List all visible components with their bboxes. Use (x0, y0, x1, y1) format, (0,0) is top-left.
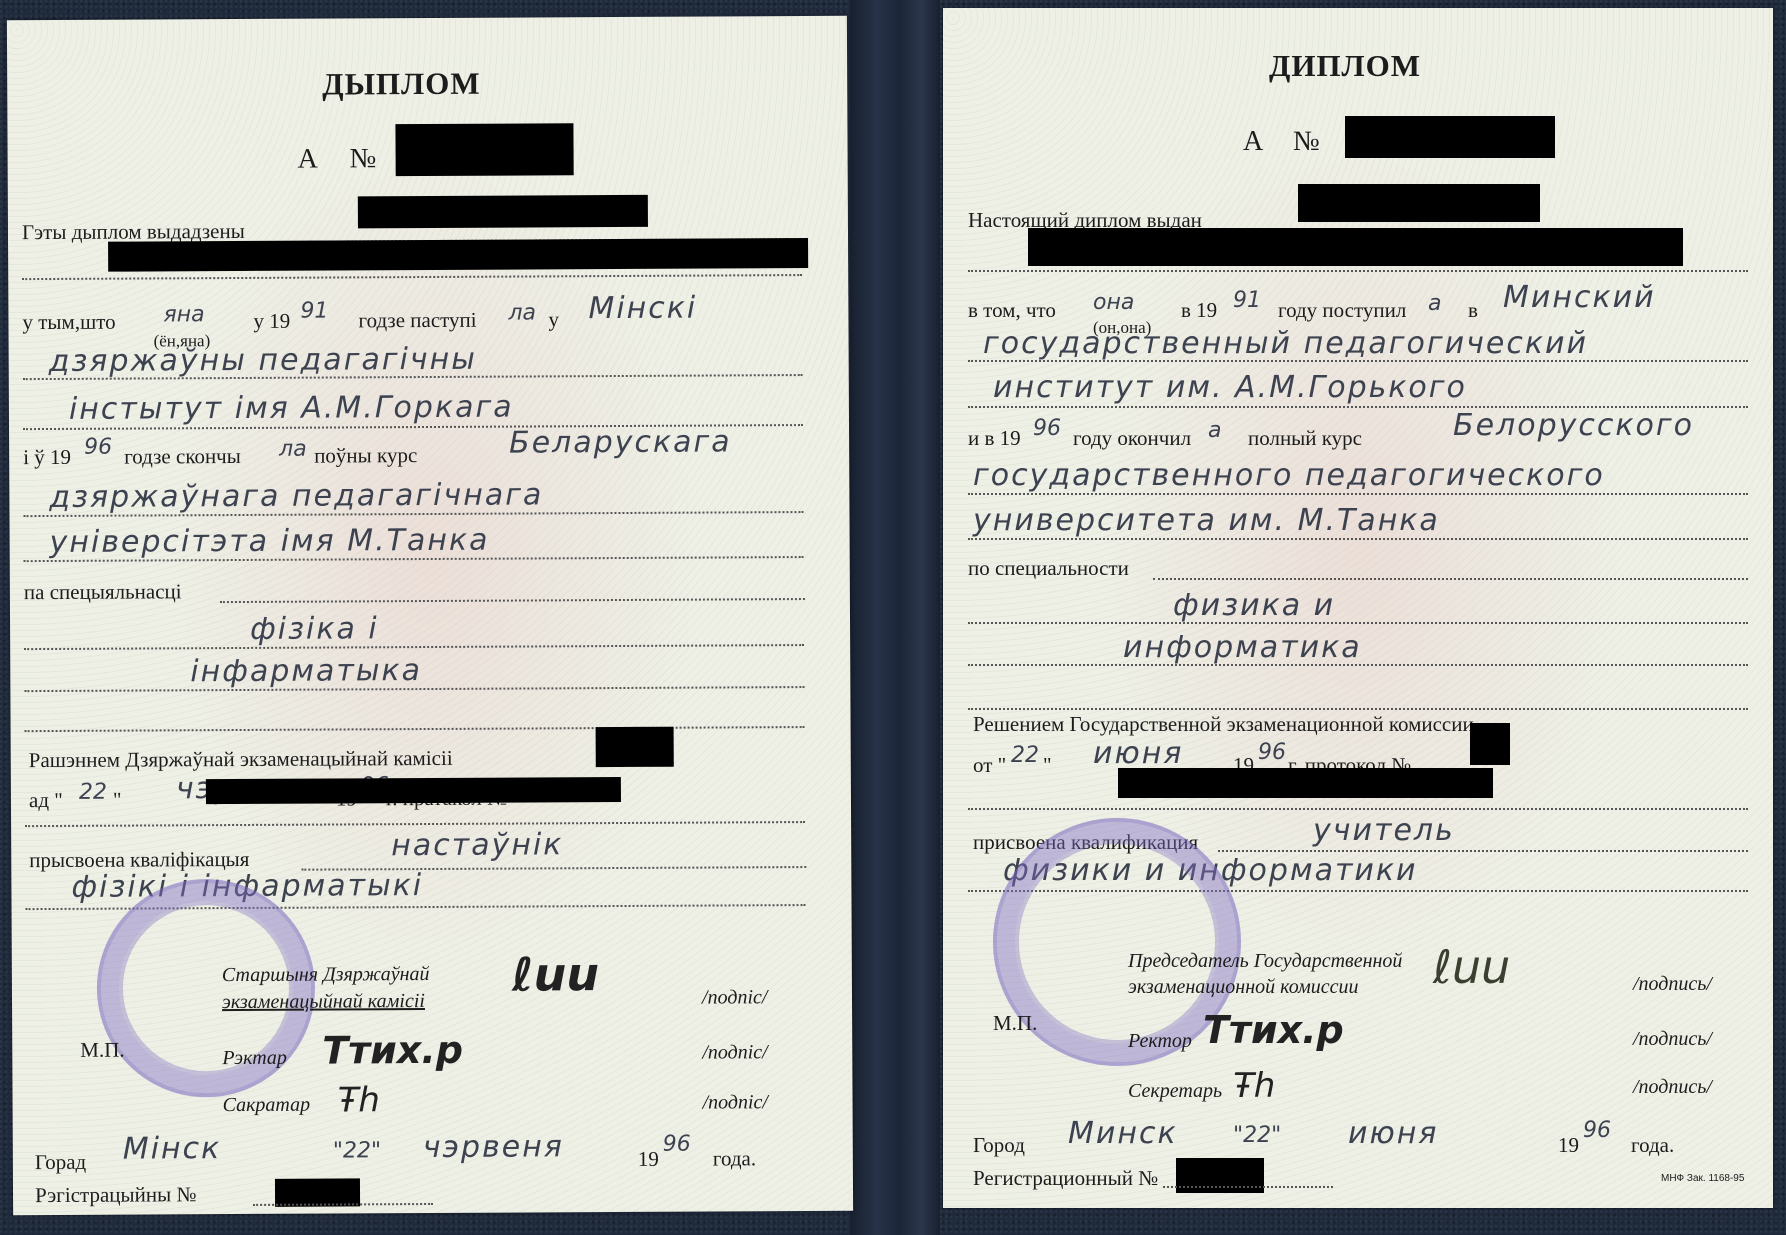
diploma-page-belarusian: ДЫПЛОМ А № Гэты дыплом выдадзены у тым,ш… (7, 16, 853, 1215)
date-prefix: от " (973, 753, 1006, 778)
specialty-label: по специальности (968, 556, 1129, 581)
number-sign: № (350, 143, 377, 175)
series-letter: А (1243, 126, 1263, 158)
city-month: июня (1348, 1116, 1438, 1151)
chair-label-1: Старшыня Дзяржаўнай (222, 963, 430, 987)
redacted-holder-surname (108, 238, 808, 272)
secretary-signature: Ŧh (337, 1080, 380, 1120)
city-year-suffix: года. (1631, 1133, 1674, 1158)
secretary-label: Секретарь (1128, 1080, 1222, 1103)
university-line-1: Белорусского (1453, 408, 1694, 443)
institution-city-handwritten: Мінскі (588, 291, 697, 327)
redacted-commission-detail (206, 777, 621, 804)
chair-label-2: экзаменационной комиссии (1128, 976, 1358, 999)
institution-line-3: інстытут імя А.М.Горкага (69, 390, 514, 427)
university-line-3: университета им. М.Танка (973, 503, 1440, 538)
date-close-quote: " (1043, 753, 1052, 778)
date-prefix: ад " (29, 788, 63, 813)
city-month: чэрвеня (423, 1129, 564, 1165)
graduated-verb: году окончил (1073, 426, 1191, 451)
commission-day: 22 (1011, 743, 1039, 768)
redacted-holder-surname (1028, 228, 1683, 266)
city-year: 96 (663, 1132, 691, 1157)
chair-sign-hint: /подпіс/ (702, 986, 768, 1009)
commission-day: 22 (79, 780, 107, 805)
institution-line-3: институт им. А.М.Горького (993, 370, 1467, 405)
commission-year: 96 (1258, 740, 1286, 765)
redacted-protocol-number (596, 727, 674, 767)
city-year-prefix: 19 (638, 1147, 659, 1172)
seal-place-mark: М.П. (80, 1038, 124, 1063)
university-line-3: універсітэта імя М.Танка (50, 523, 490, 560)
series-letter: А (298, 144, 318, 176)
university-line-2: государственного педагогического (973, 458, 1605, 493)
enrolled-verb: годзе паступі (358, 308, 476, 334)
chair-label-2: экзаменацыйнай камісіі (222, 990, 425, 1014)
redacted-commission-detail (1118, 768, 1493, 798)
rector-sign-hint: /подпіс/ (702, 1041, 768, 1064)
city-year: 96 (1583, 1118, 1611, 1143)
course-label: полный курс (1248, 426, 1362, 451)
specialty-line-1: физика и (1173, 588, 1335, 623)
redacted-holder-name (358, 195, 648, 229)
specialty-line-2: інфарматыка (190, 653, 422, 689)
secretary-sign-hint: /подпіс/ (702, 1091, 768, 1114)
city-label: Город (973, 1133, 1025, 1158)
secretary-signature: Ŧh (1233, 1066, 1275, 1106)
rector-signature: Ттих.р (322, 1028, 463, 1073)
enrolled-year: 91 (300, 299, 328, 324)
rector-signature: Ттих.р (1203, 1008, 1344, 1052)
city-year-suffix: года. (713, 1146, 756, 1171)
city-day: "22" (333, 1138, 381, 1163)
registration-label: Рэгістрацыйны № (35, 1182, 197, 1208)
enrolled-year: 91 (1233, 288, 1261, 313)
graduated-suffix: а (1208, 418, 1221, 443)
enrolled-in: в (1468, 298, 1478, 323)
graduated-suffix: ла (279, 437, 307, 462)
qualification-line-1: учитель (1313, 813, 1455, 848)
page-title: ДЫПЛОМ (322, 66, 481, 103)
seal-place-mark: М.П. (993, 1011, 1037, 1036)
institution-line-2: государственный педагогический (983, 326, 1588, 361)
chair-sign-hint: /подпись/ (1633, 973, 1712, 996)
redacted-holder-name (1298, 184, 1540, 222)
redacted-protocol-number (1470, 723, 1510, 765)
commission-month: июня (1093, 736, 1183, 771)
chair-signature: ℓuu (512, 947, 599, 1001)
city-handwritten: Минск (1068, 1116, 1178, 1151)
pronoun-handwritten: она (1093, 290, 1134, 315)
city-day: "22" (1233, 1123, 1281, 1148)
graduated-prefix: и в 19 (968, 426, 1021, 451)
diploma-page-russian: ДИПЛОМ А № Настоящий диплом выдан в том,… (943, 8, 1773, 1208)
enrolled-year-prefix: у 19 (253, 309, 290, 334)
diploma-cover-spine (850, 0, 940, 1235)
graduated-year: 96 (84, 435, 112, 460)
rector-label: Рэктар (222, 1047, 287, 1070)
graduated-verb: годзе скончы (124, 444, 241, 470)
number-sign: № (1293, 126, 1320, 158)
enrolled-suffix: а (1428, 291, 1441, 316)
redacted-diploma-number (395, 123, 573, 176)
institution-line-2: дзяржаўны педагагічны (49, 342, 477, 379)
enrolled-verb: году поступил (1278, 298, 1406, 323)
chair-label-1: Председатель Государственной (1128, 950, 1402, 973)
graduated-prefix: і ў 19 (23, 445, 71, 470)
pronoun-handwritten: яна (163, 302, 204, 327)
graduated-year: 96 (1033, 416, 1061, 441)
city-label: Горад (35, 1150, 86, 1175)
secretary-label: Сакратар (223, 1094, 311, 1117)
institution-city-handwritten: Минский (1503, 280, 1656, 315)
enrolled-in: у (548, 307, 559, 332)
date-close-quote: " (113, 788, 122, 813)
secretary-sign-hint: /подпись/ (1633, 1076, 1712, 1099)
enrolled-prefix: у тым,што (22, 310, 115, 335)
specialty-line-2: информатика (1123, 630, 1362, 665)
registration-label: Регистрационный № (973, 1166, 1158, 1191)
university-line-2: дзяржаўнага педагагічнага (49, 477, 543, 515)
enrolled-year-prefix: в 19 (1181, 298, 1217, 323)
qualification-line-1: настаўнік (391, 827, 563, 863)
commission-label: Решением Государственной экзаменационной… (973, 712, 1474, 737)
enrolled-prefix: в том, что (968, 298, 1056, 323)
course-label: поўны курс (314, 443, 417, 469)
redacted-diploma-number (1345, 116, 1555, 158)
commission-label: Рашэннем Дзяржаўнай экзаменацыйнай каміс… (29, 746, 453, 773)
city-handwritten: Мінск (123, 1131, 222, 1167)
print-order-code: МНФ Зак. 1168-95 (1661, 1173, 1744, 1184)
page-title: ДИПЛОМ (1269, 48, 1421, 84)
enrolled-suffix: ла (508, 300, 536, 325)
university-line-1: Беларускага (509, 424, 732, 460)
city-year-prefix: 19 (1558, 1133, 1579, 1158)
rector-label: Ректор (1128, 1030, 1192, 1053)
rector-sign-hint: /подпись/ (1633, 1028, 1712, 1051)
specialty-line-1: фізіка і (250, 611, 379, 647)
chair-signature: ℓuu (1433, 940, 1510, 994)
specialty-label: па спецыяльнасці (24, 579, 182, 605)
